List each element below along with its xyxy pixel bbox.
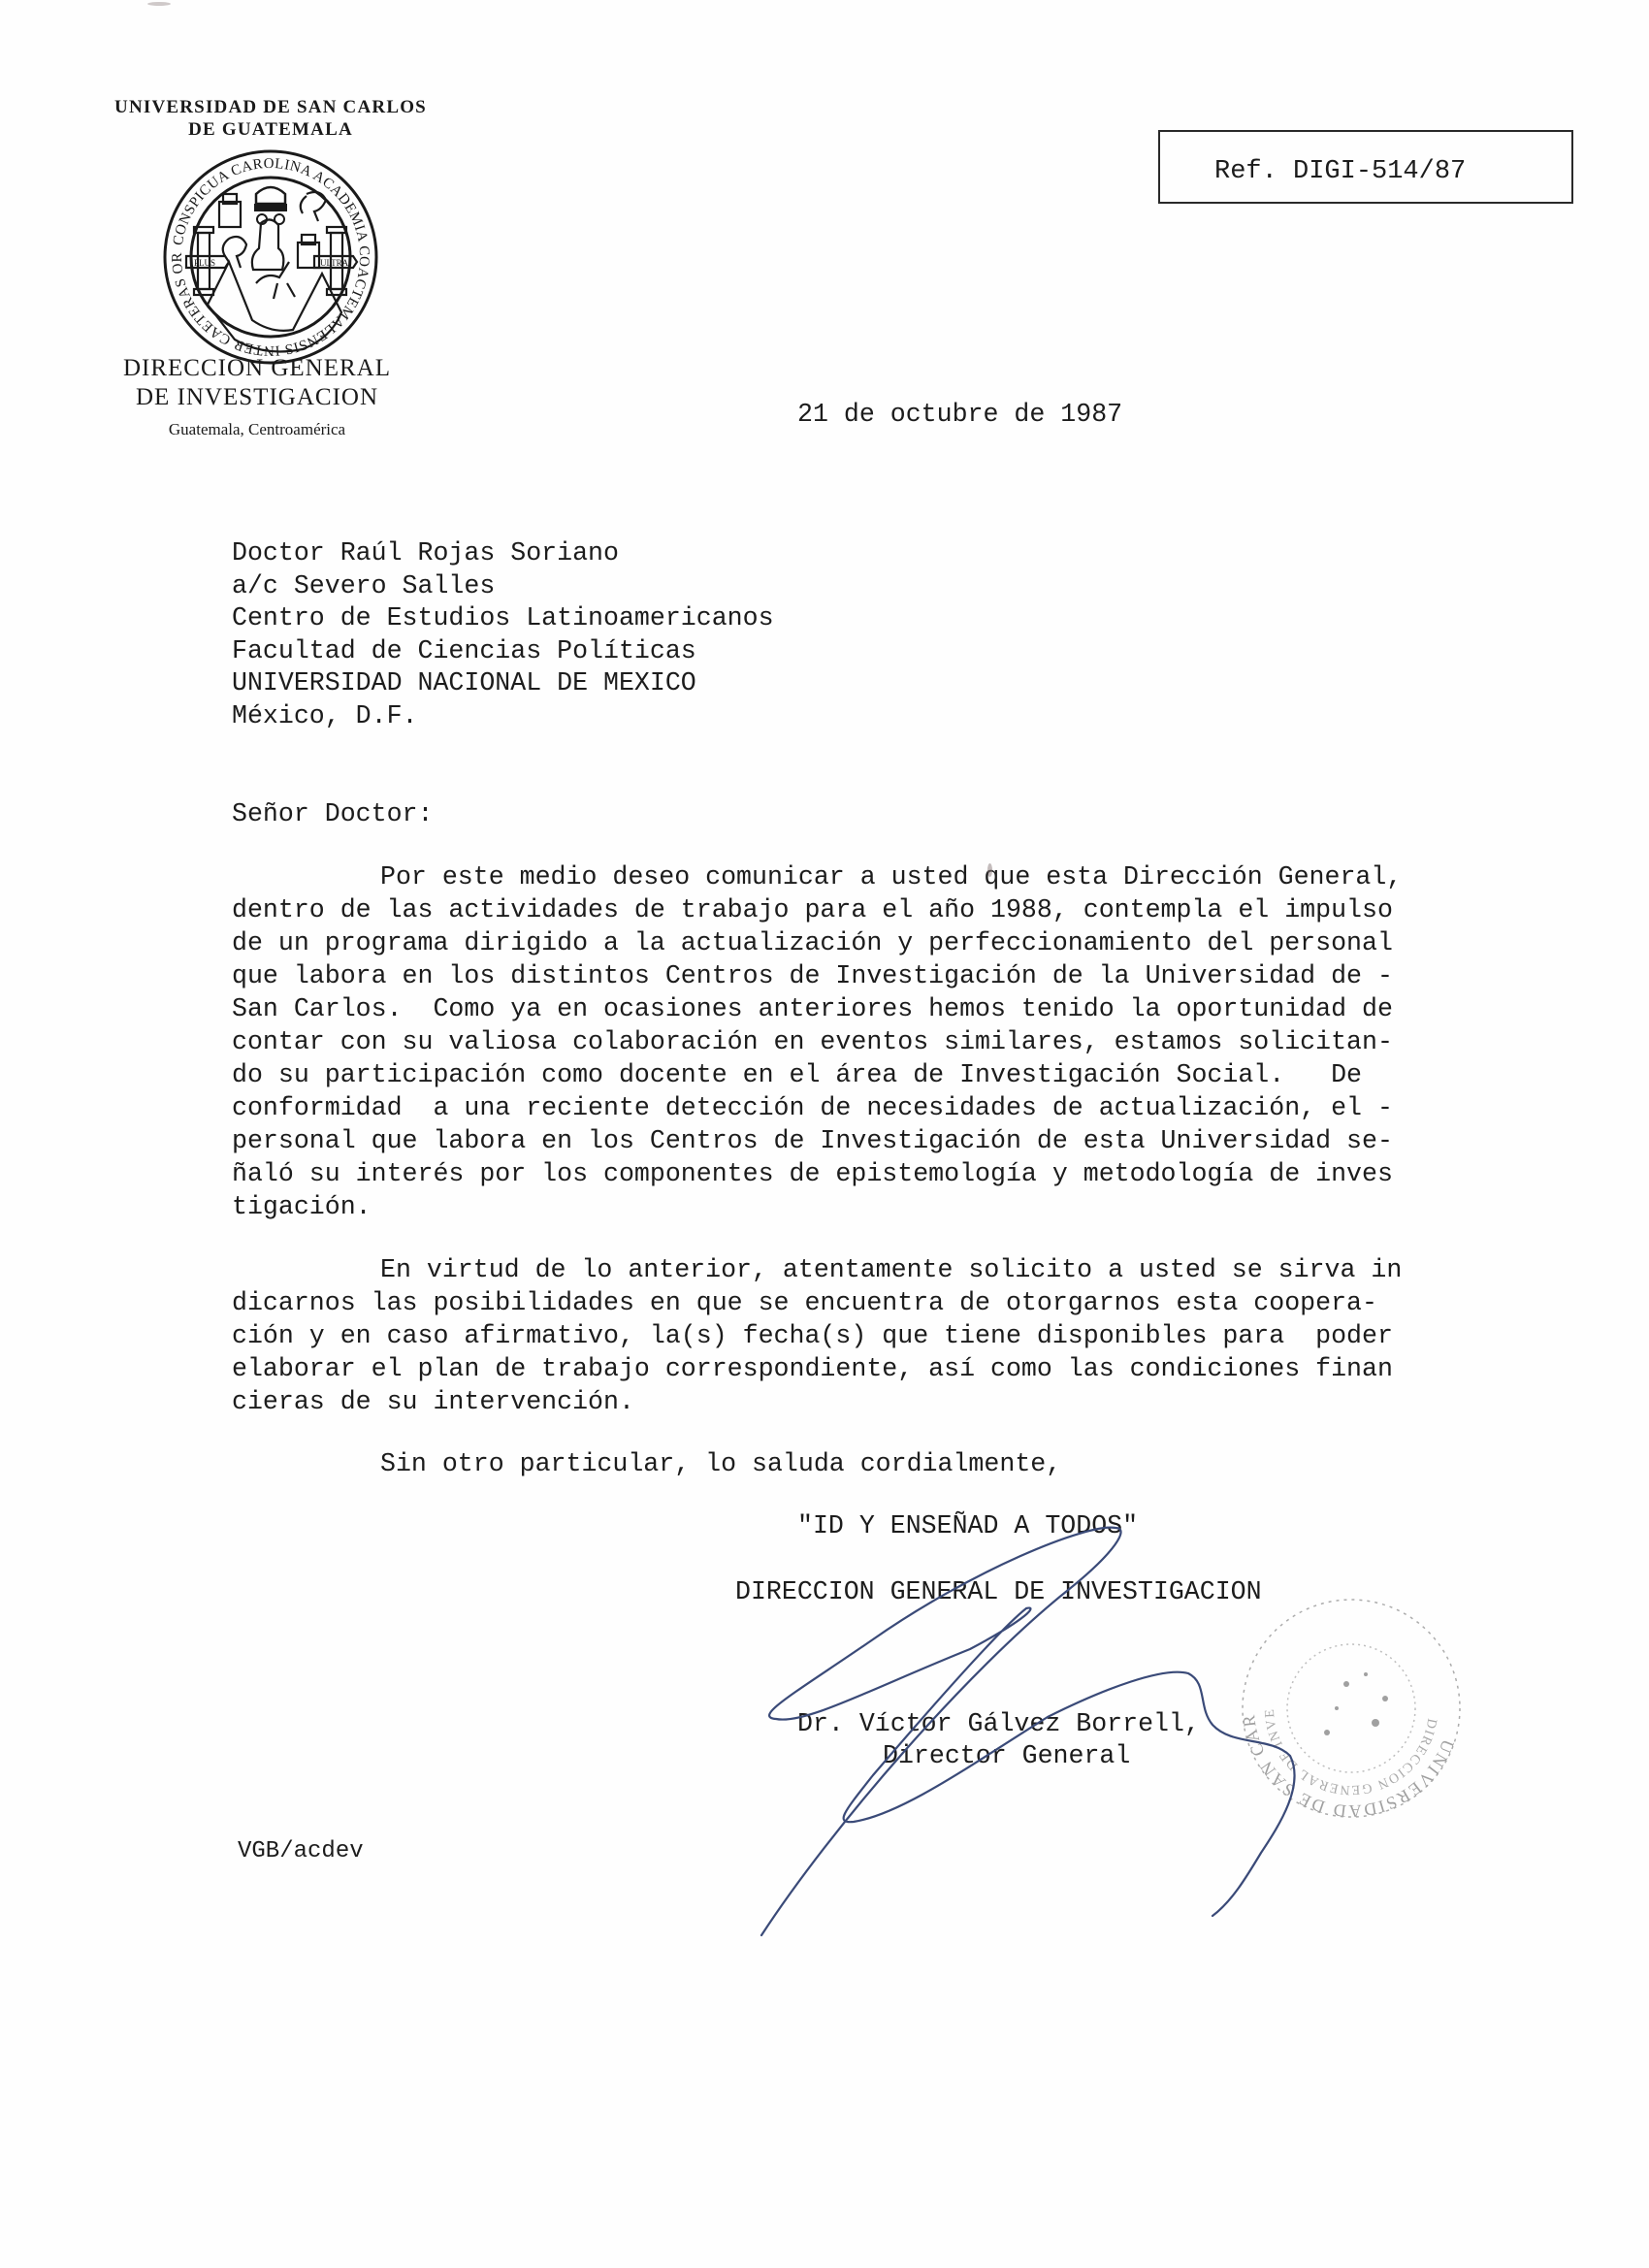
- closing: Sin otro particular, lo saluda cordialme…: [380, 1451, 1061, 1477]
- paragraph-line: contar con su valiosa colaboración en ev…: [232, 1029, 1393, 1055]
- paragraph-line: conformidad a una reciente detección de …: [232, 1095, 1393, 1121]
- svg-text:ULTRA: ULTRA: [320, 258, 349, 268]
- salutation: Señor Doctor:: [232, 801, 433, 827]
- paragraph-line: do su participación como docente en el á…: [232, 1062, 1362, 1088]
- motto: "ID Y ENSEÑAD A TODOS": [797, 1513, 1138, 1539]
- paragraph-line: ñaló su interés por los componentes de e…: [232, 1161, 1393, 1187]
- paragraph-line: San Carlos. Como ya en ocasiones anterio…: [232, 996, 1393, 1022]
- paragraph-line: ción y en caso afirmativo, la(s) fecha(s…: [232, 1323, 1393, 1349]
- recipient-line: UNIVERSIDAD NACIONAL DE MEXICO: [232, 670, 696, 697]
- signature-office: DIRECCION GENERAL DE INVESTIGACION: [735, 1579, 1262, 1605]
- reference-number: Ref. DIGI-514/87: [1214, 157, 1466, 186]
- recipient-line: México, D.F.: [232, 703, 418, 729]
- paragraph-line: Por este medio deseo comunicar a usted q…: [380, 864, 1402, 891]
- department-name-line2: DE INVESTIGACION: [81, 384, 433, 411]
- paragraph-line: que labora en los distintos Centros de I…: [232, 963, 1393, 989]
- paragraph-line: dentro de las actividades de trabajo par…: [232, 897, 1393, 923]
- paragraph-line: de un programa dirigido a la actualizaci…: [232, 930, 1393, 956]
- svg-text:PLUS: PLUS: [194, 258, 215, 268]
- paper-mark: [147, 2, 171, 6]
- recipient-line: Centro de Estudios Latinoamericanos: [232, 605, 774, 632]
- official-stamp-icon: UNIVERSIDAD DE SAN CARLOS DIRECCION GENE…: [1230, 1587, 1472, 1830]
- recipient-line: Facultad de Ciencias Políticas: [232, 638, 696, 664]
- letter-date: 21 de octubre de 1987: [797, 402, 1122, 428]
- paragraph-line: En virtud de lo anterior, atentamente so…: [380, 1257, 1402, 1283]
- paragraph-line: personal que labora en los Centros de In…: [232, 1128, 1393, 1154]
- paper-mark: [987, 863, 992, 877]
- paragraph-line: tigación.: [232, 1194, 372, 1220]
- paragraph-line: dicarnos las posibilidades en que se enc…: [232, 1290, 1377, 1316]
- university-name-line1: UNIVERSIDAD DE SAN CARLOS: [81, 97, 460, 118]
- letterhead-location: Guatemala, Centroamérica: [81, 420, 433, 439]
- department-name-line1: DIRECCION GENERAL: [81, 355, 433, 382]
- signer-title: Director General: [883, 1743, 1130, 1769]
- reference-box: Ref. DIGI-514/87: [1158, 130, 1573, 204]
- paragraph-line: elaborar el plan de trabajo correspondie…: [232, 1356, 1393, 1382]
- recipient-line: a/c Severo Salles: [232, 573, 495, 599]
- university-name-line2: DE GUATEMALA: [81, 119, 460, 141]
- paragraph-line: cieras de su intervención.: [232, 1389, 634, 1415]
- university-seal-icon: CONSPICUA CAROLINA ACADEMIA COACTEMALENS…: [161, 147, 380, 367]
- typist-initials: VGB/acdev: [238, 1840, 364, 1863]
- recipient-line: Doctor Raúl Rojas Soriano: [232, 540, 619, 567]
- signer-name: Dr. Víctor Gálvez Borrell,: [797, 1711, 1200, 1737]
- letter-page: UNIVERSIDAD DE SAN CARLOS DE GUATEMALA C…: [0, 0, 1649, 2268]
